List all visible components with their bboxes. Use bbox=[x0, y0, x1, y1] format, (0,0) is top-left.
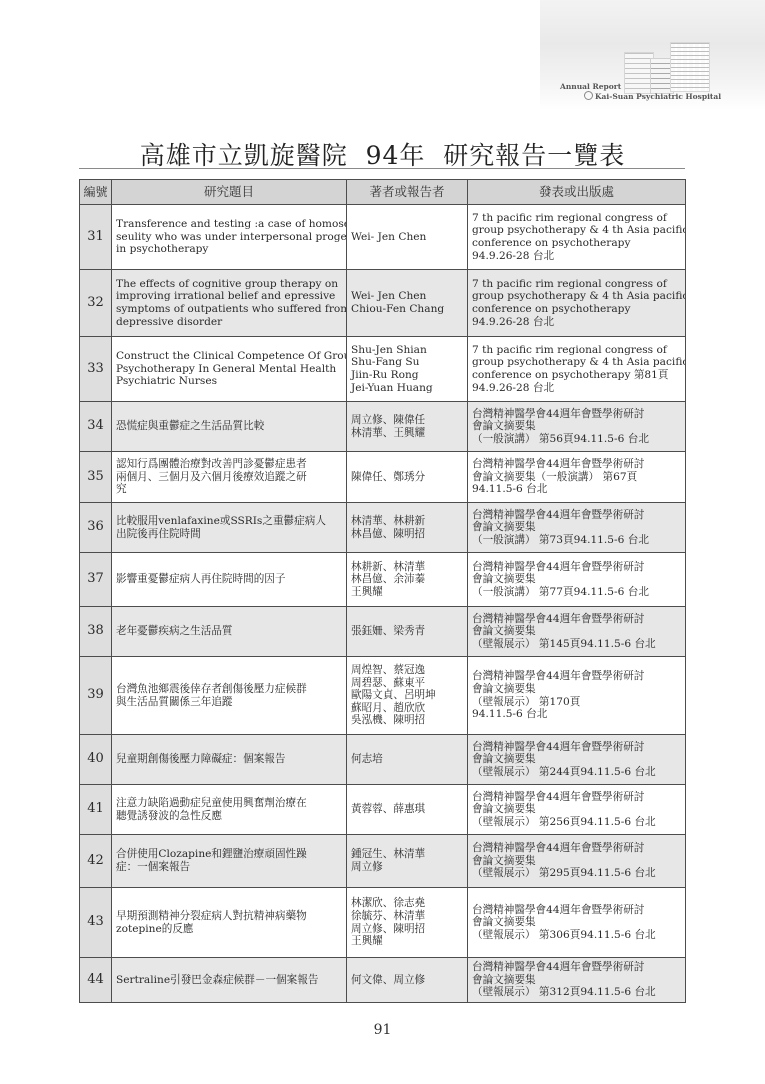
publication-venue-cell: 台灣精神醫學會44週年會暨學術研討會論文摘要集（壁報展示） 第145頁94.11… bbox=[468, 607, 686, 657]
authors-line: 林清華、王興耀 bbox=[351, 427, 463, 440]
authors-cell: Wei- Jen Chen bbox=[347, 205, 468, 270]
table-row: 43早期預測精神分裂症病人對抗精神病藥物zotepine的反應林潔欣、徐志堯徐毓… bbox=[80, 888, 686, 958]
title-divider bbox=[79, 168, 685, 169]
authors-line: 林昌億、陳明招 bbox=[351, 528, 463, 541]
authors-line: 林昌億、余沛蓁 bbox=[351, 573, 463, 586]
research-title-cell: 認知行爲團體治療對改善門診憂鬱症患者兩個月、三個月及六個月後療效追蹤之研究 bbox=[112, 452, 347, 503]
publication-venue-cell: 7 th pacific rim regional congress ofgro… bbox=[468, 270, 686, 337]
publication-venue-cell: 台灣精神醫學會44週年會暨學術研討會論文摘要集（一般演講） 第77頁94.11.… bbox=[468, 553, 686, 607]
research-title-cell: Construct the Clinical Competence Of Gro… bbox=[112, 337, 347, 402]
table-row: 38老年憂鬱疾病之生活品質張鈺姍、梁秀青台灣精神醫學會44週年會暨學術研討會論文… bbox=[80, 607, 686, 657]
research-title-cell: Sertraline引發巴金森症候群－一個案報告 bbox=[112, 958, 347, 1003]
authors-line: 何文偉、周立修 bbox=[351, 974, 463, 987]
research-title-cell: 恐慌症與重鬱症之生活品質比較 bbox=[112, 402, 347, 452]
authors-cell: 林耕新、林清華林昌億、余沛蓁王興耀 bbox=[347, 553, 468, 607]
publication-venue-line: 台灣精神醫學會44週年會暨學術研討 bbox=[472, 791, 681, 804]
authors-cell: 陳偉任、鄭琇分 bbox=[347, 452, 468, 503]
publication-venue-line: 會論文摘要集 bbox=[472, 974, 681, 987]
research-title-line: 症：一個案報告 bbox=[116, 861, 342, 874]
table-row: 33Construct the Clinical Competence Of G… bbox=[80, 337, 686, 402]
header-number: 編號 bbox=[80, 180, 112, 205]
publication-venue-cell: 台灣精神醫學會44週年會暨學術研討會論文摘要集（一般演講） 第73頁94.11.… bbox=[468, 503, 686, 553]
publication-venue-line: （一般演講） 第73頁94.11.5-6 台北 bbox=[472, 534, 681, 547]
publication-venue-line: （一般演講） 第56頁94.11.5-6 台北 bbox=[472, 433, 681, 446]
banner-hospital-name-text: Kai-Suan Psychiatric Hospital bbox=[595, 92, 721, 101]
research-title-line: 兒童期創傷後壓力障礙症：個案報告 bbox=[116, 753, 342, 766]
authors-line: 陳偉任、鄭琇分 bbox=[351, 471, 463, 484]
research-title-line: 台灣魚池鄉震後倖存者創傷後壓力症候群 bbox=[116, 683, 342, 696]
page-title: 高雄市立凱旋醫院 94年 研究報告一覽表 bbox=[0, 136, 765, 172]
publication-venue-line: 會論文摘要集 bbox=[472, 916, 681, 929]
header-venue: 發表或出版處 bbox=[468, 180, 686, 205]
authors-cell: 張鈺姍、梁秀青 bbox=[347, 607, 468, 657]
research-title-line: 恐慌症與重鬱症之生活品質比較 bbox=[116, 420, 342, 433]
publication-venue-line: conference on psychotherapy bbox=[472, 237, 681, 250]
row-number: 33 bbox=[80, 337, 112, 402]
publication-venue-line: 台灣精神醫學會44週年會暨學術研討 bbox=[472, 904, 681, 917]
publication-venue-line: 會論文摘要集（一般演講） 第67頁 bbox=[472, 471, 681, 484]
publication-venue-line: 94.9.26-28 台北 bbox=[472, 382, 681, 395]
table-row: 31Transference and testing :a case of ho… bbox=[80, 205, 686, 270]
publication-venue-line: 會論文摘要集 bbox=[472, 625, 681, 638]
table-row: 36比較服用venlafaxine或SSRIs之重鬱症病人出院後再住院時間林清華… bbox=[80, 503, 686, 553]
table-row: 40兒童期創傷後壓力障礙症：個案報告何志培台灣精神醫學會44週年會暨學術研討會論… bbox=[80, 735, 686, 785]
publication-venue-line: 台灣精神醫學會44週年會暨學術研討 bbox=[472, 509, 681, 522]
publication-venue-cell: 7 th pacific rim regional congress ofgro… bbox=[468, 205, 686, 270]
authors-line: 周立修、陳明招 bbox=[351, 923, 463, 936]
publication-venue-cell: 台灣精神醫學會44週年會暨學術研討會論文摘要集（壁報展示） 第244頁94.11… bbox=[468, 735, 686, 785]
publication-venue-line: group psychotherapy & 4 th Asia pacific bbox=[472, 356, 681, 369]
publication-venue-line: 會論文摘要集 bbox=[472, 521, 681, 534]
row-number: 34 bbox=[80, 402, 112, 452]
publication-venue-cell: 台灣精神醫學會44週年會暨學術研討會論文摘要集（壁報展示） 第295頁94.11… bbox=[468, 835, 686, 888]
research-title-cell: 兒童期創傷後壓力障礙症：個案報告 bbox=[112, 735, 347, 785]
research-title-line: 究 bbox=[116, 483, 342, 496]
authors-line: 王興耀 bbox=[351, 935, 463, 948]
table-header-row: 編號 研究題目 著者或報告者 發表或出版處 bbox=[80, 180, 686, 205]
publication-venue-line: （壁報展示） 第145頁94.11.5-6 台北 bbox=[472, 638, 681, 651]
publication-venue-line: 台灣精神醫學會44週年會暨學術研討 bbox=[472, 961, 681, 974]
research-title-line: 與生活品質關係三年追蹤 bbox=[116, 696, 342, 709]
table-row: 37影響重憂鬱症病人再住院時間的因子林耕新、林清華林昌億、余沛蓁王興耀台灣精神醫… bbox=[80, 553, 686, 607]
authors-line: 張鈺姍、梁秀青 bbox=[351, 625, 463, 638]
authors-cell: 鍾冠生、林清華周立修 bbox=[347, 835, 468, 888]
authors-line: 王興耀 bbox=[351, 586, 463, 599]
authors-line: Shu-Fang Su bbox=[351, 356, 463, 369]
table-row: 34恐慌症與重鬱症之生活品質比較周立修、陳偉任林清華、王興耀台灣精神醫學會44週… bbox=[80, 402, 686, 452]
publication-venue-line: 台灣精神醫學會44週年會暨學術研討 bbox=[472, 613, 681, 626]
row-number: 41 bbox=[80, 785, 112, 835]
publication-venue-line: conference on psychotherapy 第81頁 bbox=[472, 369, 681, 382]
row-number: 32 bbox=[80, 270, 112, 337]
banner-annual-report-text: Annual Report bbox=[560, 82, 621, 91]
publication-venue-line: 7 th pacific rim regional congress of bbox=[472, 212, 681, 225]
authors-line: 徐毓芬、林清華 bbox=[351, 910, 463, 923]
research-title-line: 聽覺誘發波的急性反應 bbox=[116, 810, 342, 823]
publication-venue-line: 7 th pacific rim regional congress of bbox=[472, 278, 681, 291]
research-title-line: 出院後再住院時間 bbox=[116, 528, 342, 541]
publication-venue-line: 台灣精神醫學會44週年會暨學術研討 bbox=[472, 408, 681, 421]
publication-venue-line: 94.9.26-28 台北 bbox=[472, 316, 681, 329]
research-title-cell: Transference and testing :a case of homo… bbox=[112, 205, 347, 270]
authors-line: 吳泓機、陳明招 bbox=[351, 714, 463, 727]
publication-venue-line: 7 th pacific rim regional congress of bbox=[472, 344, 681, 357]
authors-cell: 林清華、林耕新林昌億、陳明招 bbox=[347, 503, 468, 553]
hospital-logo-icon bbox=[584, 91, 593, 100]
research-title-line: in psychotherapy bbox=[116, 243, 342, 256]
publication-venue-line: conference on psychotherapy bbox=[472, 303, 681, 316]
research-title-line: 注意力缺陷過動症兒童使用興奮劑治療在 bbox=[116, 797, 342, 810]
authors-line: 鍾冠生、林清華 bbox=[351, 848, 463, 861]
research-title-line: 兩個月、三個月及六個月後療效追蹤之研 bbox=[116, 471, 342, 484]
publication-venue-line: group psychotherapy & 4 th Asia pacific bbox=[472, 290, 681, 303]
table-row: 32The effects of cognitive group therapy… bbox=[80, 270, 686, 337]
table-row: 39台灣魚池鄉震後倖存者創傷後壓力症候群與生活品質關係三年追蹤周煌智、蔡冠逸周碧… bbox=[80, 657, 686, 735]
table-body: 31Transference and testing :a case of ho… bbox=[80, 205, 686, 1003]
header-authors: 著者或報告者 bbox=[347, 180, 468, 205]
publication-venue-cell: 台灣精神醫學會44週年會暨學術研討會論文摘要集（一般演講） 第56頁94.11.… bbox=[468, 402, 686, 452]
research-title-line: Transference and testing :a case of homo… bbox=[116, 218, 342, 231]
publication-venue-cell: 台灣精神醫學會44週年會暨學術研討會論文摘要集（一般演講） 第67頁94.11.… bbox=[468, 452, 686, 503]
research-report-table: 編號 研究題目 著者或報告者 發表或出版處 31Transference and… bbox=[79, 179, 686, 1003]
research-title-cell: 影響重憂鬱症病人再住院時間的因子 bbox=[112, 553, 347, 607]
research-title-line: depressive disorder bbox=[116, 316, 342, 329]
publication-venue-line: （壁報展示） 第256頁94.11.5-6 台北 bbox=[472, 816, 681, 829]
research-title-line: 認知行爲團體治療對改善門診憂鬱症患者 bbox=[116, 458, 342, 471]
research-title-cell: 比較服用venlafaxine或SSRIs之重鬱症病人出院後再住院時間 bbox=[112, 503, 347, 553]
authors-cell: 林潔欣、徐志堯徐毓芬、林清華周立修、陳明招王興耀 bbox=[347, 888, 468, 958]
table-row: 42合併使用Clozapine和鋰鹽治療頑固性躁症：一個案報告鍾冠生、林清華周立… bbox=[80, 835, 686, 888]
authors-line: 蘇昭月、趙欣欣 bbox=[351, 702, 463, 715]
publication-venue-line: 台灣精神醫學會44週年會暨學術研討 bbox=[472, 842, 681, 855]
hospital-building-image bbox=[670, 42, 710, 92]
row-number: 35 bbox=[80, 452, 112, 503]
row-number: 36 bbox=[80, 503, 112, 553]
publication-venue-line: （壁報展示） 第244頁94.11.5-6 台北 bbox=[472, 766, 681, 779]
authors-cell: 周立修、陳偉任林清華、王興耀 bbox=[347, 402, 468, 452]
authors-line: 歐陽文貞、呂明坤 bbox=[351, 689, 463, 702]
row-number: 37 bbox=[80, 553, 112, 607]
research-title-cell: 注意力缺陷過動症兒童使用興奮劑治療在聽覺誘發波的急性反應 bbox=[112, 785, 347, 835]
research-title-line: improving irrational belief and epressiv… bbox=[116, 290, 342, 303]
authors-line: 周立修、陳偉任 bbox=[351, 414, 463, 427]
publication-venue-line: （壁報展示） 第170頁 bbox=[472, 696, 681, 709]
research-title-cell: 台灣魚池鄉震後倖存者創傷後壓力症候群與生活品質關係三年追蹤 bbox=[112, 657, 347, 735]
research-title-line: Psychotherapy In General Mental Health bbox=[116, 363, 342, 376]
authors-cell: 黃蓉蓉、薛惠琪 bbox=[347, 785, 468, 835]
row-number: 42 bbox=[80, 835, 112, 888]
row-number: 31 bbox=[80, 205, 112, 270]
research-title-line: Sertraline引發巴金森症候群－一個案報告 bbox=[116, 974, 342, 987]
research-title-line: The effects of cognitive group therapy o… bbox=[116, 278, 342, 291]
research-title-line: 影響重憂鬱症病人再住院時間的因子 bbox=[116, 573, 342, 586]
research-title-line: seulity who was under interpersonal prog… bbox=[116, 231, 342, 244]
research-title-cell: 老年憂鬱疾病之生活品質 bbox=[112, 607, 347, 657]
publication-venue-cell: 台灣精神醫學會44週年會暨學術研討會論文摘要集（壁報展示） 第256頁94.11… bbox=[468, 785, 686, 835]
publication-venue-cell: 台灣精神醫學會44週年會暨學術研討會論文摘要集（壁報展示） 第170頁94.11… bbox=[468, 657, 686, 735]
authors-line: 黃蓉蓉、薛惠琪 bbox=[351, 803, 463, 816]
publication-venue-line: 94.11.5-6 台北 bbox=[472, 708, 681, 721]
publication-venue-line: 會論文摘要集 bbox=[472, 683, 681, 696]
row-number: 43 bbox=[80, 888, 112, 958]
authors-line: Chiou-Fen Chang bbox=[351, 303, 463, 316]
publication-venue-line: （壁報展示） 第312頁94.11.5-6 台北 bbox=[472, 986, 681, 999]
publication-venue-line: 94.9.26-28 台北 bbox=[472, 250, 681, 263]
research-title-line: symptoms of outpatients who suffered fro… bbox=[116, 303, 342, 316]
publication-venue-line: 台灣精神醫學會44週年會暨學術研討 bbox=[472, 458, 681, 471]
authors-cell: Shu-Jen ShianShu-Fang SuJiin-Ru RongJei-… bbox=[347, 337, 468, 402]
authors-line: Wei- Jen Chen bbox=[351, 231, 463, 244]
research-title-cell: 早期預測精神分裂症病人對抗精神病藥物zotepine的反應 bbox=[112, 888, 347, 958]
authors-line: 林清華、林耕新 bbox=[351, 515, 463, 528]
publication-venue-line: 台灣精神醫學會44週年會暨學術研討 bbox=[472, 561, 681, 574]
publication-venue-line: 會論文摘要集 bbox=[472, 855, 681, 868]
authors-line: 周煌智、蔡冠逸 bbox=[351, 664, 463, 677]
authors-cell: 何志培 bbox=[347, 735, 468, 785]
table-row: 35認知行爲團體治療對改善門診憂鬱症患者兩個月、三個月及六個月後療效追蹤之研究陳… bbox=[80, 452, 686, 503]
authors-line: 周碧瑟、蘇東平 bbox=[351, 677, 463, 690]
header-title: 研究題目 bbox=[112, 180, 347, 205]
authors-line: Wei- Jen Chen bbox=[351, 290, 463, 303]
publication-venue-line: group psychotherapy & 4 th Asia pacific bbox=[472, 224, 681, 237]
annual-report-banner: Annual Report Kai-Suan Psychiatric Hospi… bbox=[540, 0, 765, 110]
research-title-line: 老年憂鬱疾病之生活品質 bbox=[116, 625, 342, 638]
publication-venue-line: 台灣精神醫學會44週年會暨學術研討 bbox=[472, 670, 681, 683]
authors-line: 林耕新、林清華 bbox=[351, 561, 463, 574]
authors-line: 林潔欣、徐志堯 bbox=[351, 897, 463, 910]
publication-venue-cell: 台灣精神醫學會44週年會暨學術研討會論文摘要集（壁報展示） 第306頁94.11… bbox=[468, 888, 686, 958]
authors-line: Jiin-Ru Rong bbox=[351, 369, 463, 382]
publication-venue-cell: 7 th pacific rim regional congress ofgro… bbox=[468, 337, 686, 402]
publication-venue-line: 會論文摘要集 bbox=[472, 573, 681, 586]
authors-line: Jei-Yuan Huang bbox=[351, 382, 463, 395]
authors-line: Shu-Jen Shian bbox=[351, 344, 463, 357]
research-title-line: 比較服用venlafaxine或SSRIs之重鬱症病人 bbox=[116, 515, 342, 528]
publication-venue-line: （一般演講） 第77頁94.11.5-6 台北 bbox=[472, 586, 681, 599]
publication-venue-cell: 台灣精神醫學會44週年會暨學術研討會論文摘要集（壁報展示） 第312頁94.11… bbox=[468, 958, 686, 1003]
authors-cell: 何文偉、周立修 bbox=[347, 958, 468, 1003]
research-title-line: Psychiatric Nurses bbox=[116, 375, 342, 388]
authors-cell: Wei- Jen ChenChiou-Fen Chang bbox=[347, 270, 468, 337]
publication-venue-line: （壁報展示） 第306頁94.11.5-6 台北 bbox=[472, 929, 681, 942]
publication-venue-line: 會論文摘要集 bbox=[472, 420, 681, 433]
research-title-cell: 合併使用Clozapine和鋰鹽治療頑固性躁症：一個案報告 bbox=[112, 835, 347, 888]
authors-cell: 周煌智、蔡冠逸周碧瑟、蘇東平歐陽文貞、呂明坤蘇昭月、趙欣欣吳泓機、陳明招 bbox=[347, 657, 468, 735]
research-title-line: 早期預測精神分裂症病人對抗精神病藥物 bbox=[116, 910, 342, 923]
publication-venue-line: 會論文摘要集 bbox=[472, 803, 681, 816]
research-title-line: 合併使用Clozapine和鋰鹽治療頑固性躁 bbox=[116, 848, 342, 861]
research-title-line: zotepine的反應 bbox=[116, 923, 342, 936]
research-title-line: Construct the Clinical Competence Of Gro… bbox=[116, 350, 342, 363]
banner-hospital-name: Kai-Suan Psychiatric Hospital bbox=[584, 91, 721, 101]
authors-line: 何志培 bbox=[351, 753, 463, 766]
row-number: 40 bbox=[80, 735, 112, 785]
table-row: 41注意力缺陷過動症兒童使用興奮劑治療在聽覺誘發波的急性反應黃蓉蓉、薛惠琪台灣精… bbox=[80, 785, 686, 835]
publication-venue-line: 94.11.5-6 台北 bbox=[472, 483, 681, 496]
authors-line: 周立修 bbox=[351, 861, 463, 874]
research-title-cell: The effects of cognitive group therapy o… bbox=[112, 270, 347, 337]
table-row: 44Sertraline引發巴金森症候群－一個案報告何文偉、周立修台灣精神醫學會… bbox=[80, 958, 686, 1003]
row-number: 39 bbox=[80, 657, 112, 735]
row-number: 44 bbox=[80, 958, 112, 1003]
publication-venue-line: 台灣精神醫學會44週年會暨學術研討 bbox=[472, 741, 681, 754]
publication-venue-line: 會論文摘要集 bbox=[472, 753, 681, 766]
row-number: 38 bbox=[80, 607, 112, 657]
publication-venue-line: （壁報展示） 第295頁94.11.5-6 台北 bbox=[472, 867, 681, 880]
page-number: 91 bbox=[0, 1022, 765, 1038]
